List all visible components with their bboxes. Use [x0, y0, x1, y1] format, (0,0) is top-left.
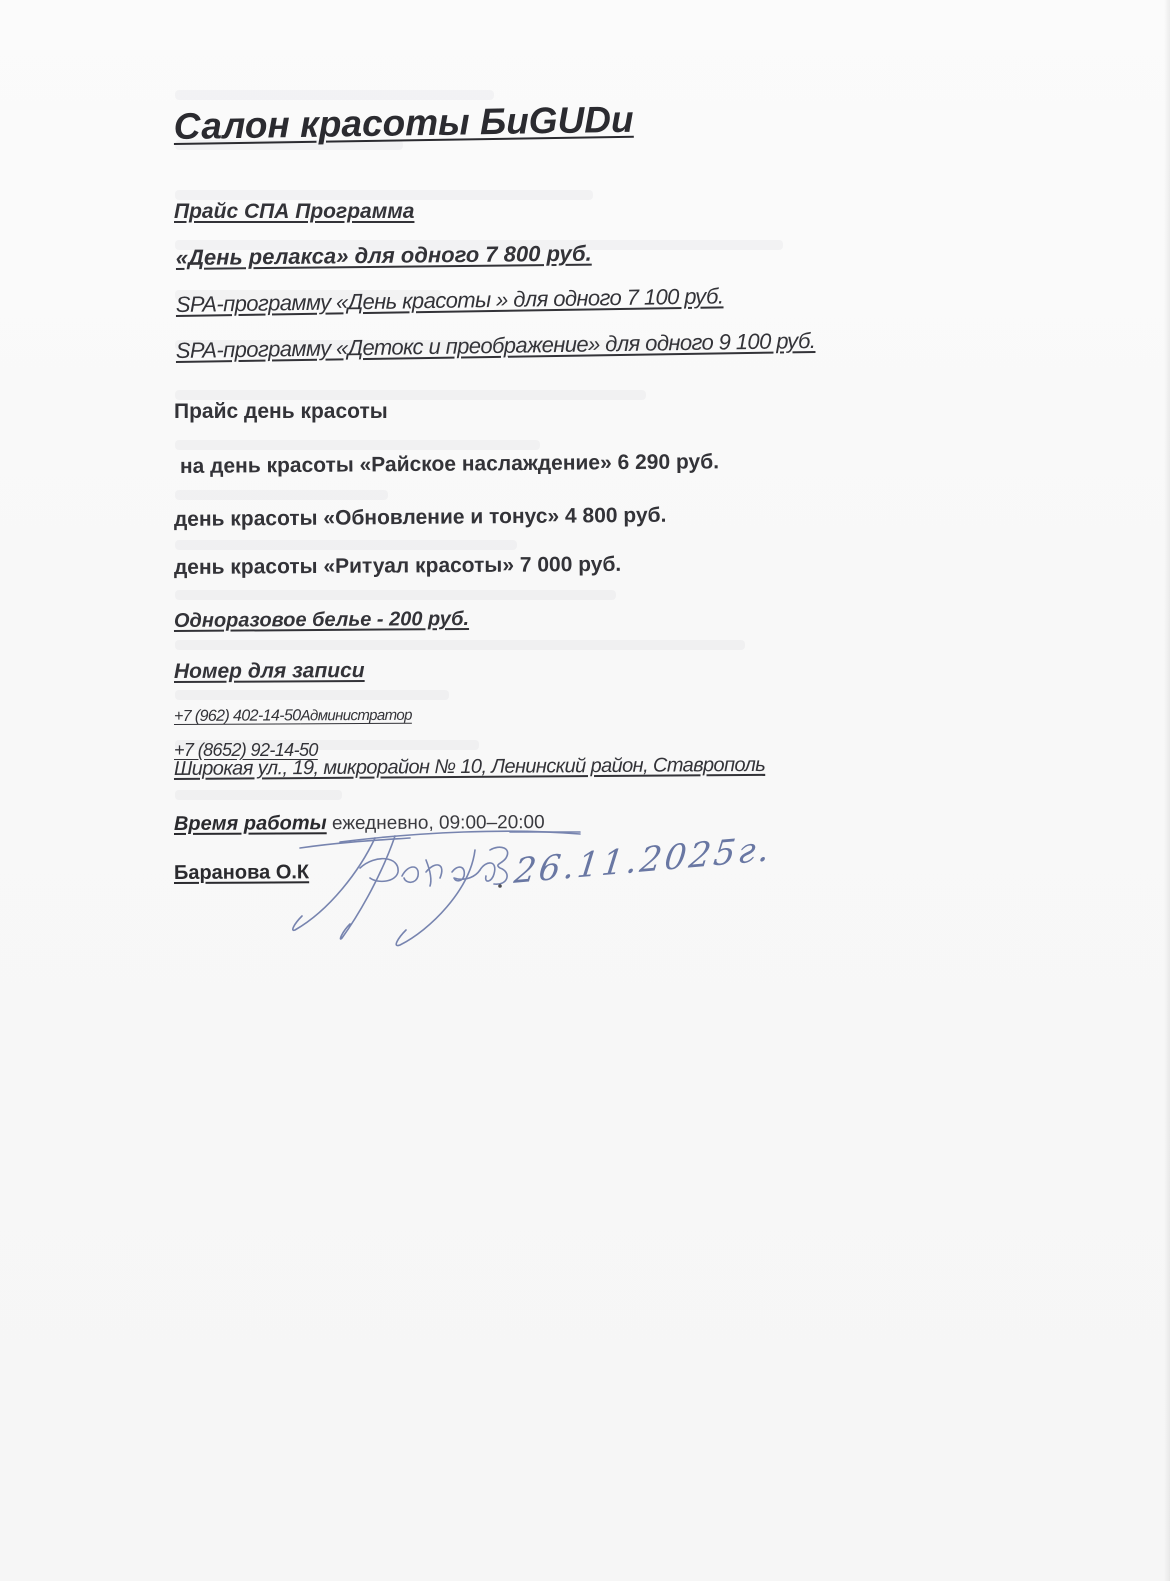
phone-admin-role: Администратор [301, 707, 412, 725]
booking-heading: Номер для записи [174, 659, 365, 684]
spa-item-beauty-day: SPA-программу «День красоты » для одного… [176, 283, 724, 318]
spa-item-detox: SPA-программу «Детокс и преображение» дл… [176, 328, 816, 364]
scanned-page: Салон красоты БиGUDи Прайс СПА Программа… [0, 0, 1170, 1581]
beauty-day-item-renewal: день красоты «Обновление и тонус» 4 800 … [174, 504, 667, 532]
phone-admin: +7 (962) 402-14-50Администратор [174, 707, 412, 726]
phone-admin-number: +7 (962) 402-14-50 [174, 707, 301, 725]
salon-address: Широкая ул., 19, микрорайон № 10, Ленинс… [174, 754, 765, 781]
spa-item-relax: «День релакса» для одного 7 800 руб. [176, 241, 592, 271]
document-title: Салон красоты БиGUDи [173, 99, 634, 148]
beauty-day-item-ritual: день красоты «Ритуал красоты» 7 000 руб. [174, 553, 621, 580]
beauty-day-section-heading: Прайс день красоты [174, 400, 388, 424]
page-edge-shadow [1164, 0, 1170, 1581]
beauty-day-item-paradise: на день красоты «Райское наслаждение» 6 … [180, 450, 719, 479]
spa-section-heading: Прайс СПА Программа [174, 200, 414, 224]
disposable-linen-price: Одноразовое белье - 200 руб. [174, 608, 469, 633]
